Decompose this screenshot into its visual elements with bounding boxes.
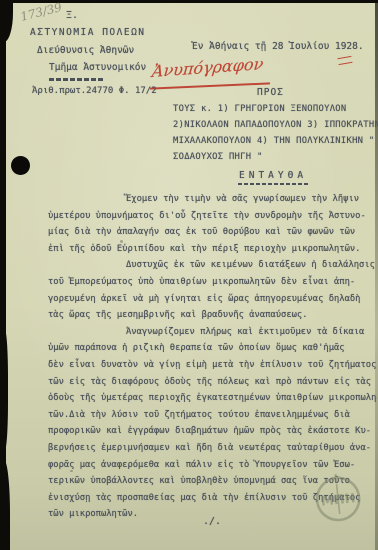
recipient-line: 2)ΝΙΚΟΛΑΟΝ ΠΑΠΑΔΟΠΟΥΛΟΝ 3) ΙΠΠΟΚΡΑΤΗΝ xyxy=(173,120,378,130)
body-line: προφορικῶν καὶ ἐγγράφων διαβημάτων ἡμῶν … xyxy=(48,423,370,440)
paper-speck xyxy=(120,240,123,243)
recipients-heading: ΠΡΟΣ xyxy=(257,87,284,98)
recipient-line: ΣΟΔΑΟΥΧΟΣ ΠΗΓΗ " xyxy=(173,152,263,162)
body-line: δὲν εἶναι δυνατὸν νὰ γίνῃ εἰμὴ μετὰ τὴν … xyxy=(48,357,370,374)
delivery-location: ΕΝΤΑΥΘΑ xyxy=(239,170,307,181)
body-line: τῶν εἰς τὰς διαφόρους ὁδοὺς τῆς πόλεως κ… xyxy=(48,374,370,391)
date-line: Ἐν Ἀθήναις τῇ 28 Ἰουλίου 1928. xyxy=(192,41,364,52)
paper-speck xyxy=(300,330,302,332)
department-underline xyxy=(49,78,105,81)
watermark-monogram: ΜΠΗ xyxy=(320,491,356,510)
paper-speck xyxy=(70,470,73,472)
recipient-line: ΤΟΥΣ κ. 1) ΓΡΗΓΟΡΙΟΝ ΞΕΝΟΠΟΥΛΟΝ xyxy=(173,104,346,114)
agency-division: Διεύθυνσις Ἀθηνῶν xyxy=(37,45,134,56)
body-line: γορευμένη ἀρκεῖ νὰ μὴ γίνηται εἰς ὥρας ἀ… xyxy=(48,291,370,308)
body-line: βερνήσεις ἐμεριμνήσαμεν καὶ ἤδη διὰ νεωτ… xyxy=(48,440,370,457)
archive-stamp-watermark: ΜΠΗ xyxy=(309,469,366,526)
body-line: ἐπὶ τῆς ὁδοῦ Εὐριπίδου καὶ τὴν πέριξ περ… xyxy=(48,241,370,258)
body-line: τοῦ Ἐμπορεύματος ὑπὸ ὑπαιθρίων μικροπωλη… xyxy=(48,274,370,291)
agency-name: ΑΣΤΥΝΟΜΙΑ ΠΟΛΕΩΝ xyxy=(30,27,146,38)
body-line: τῶν.Διὰ τὴν λύσιν τοῦ ζητήματος τούτου ἐ… xyxy=(48,407,370,424)
agency-department: Τμῆμα Ἀστυνομικόν xyxy=(49,62,146,73)
body-line: τὰς ὥρας τῆς μεσημβρινῆς καὶ βραδυνῆς ἀν… xyxy=(48,307,370,324)
body-line: Ἀναγνωρίζομεν πλήρως καὶ ἐκτιμοῦμεν τὰ δ… xyxy=(48,324,370,341)
hole-punch xyxy=(11,156,30,175)
body-line: φορᾶς μας ἀναφερόμεθα καὶ πάλιν εἰς τὸ Ὑ… xyxy=(48,457,370,474)
body-line: ὑμετέρου ὑπομνήματος δι'οὗ ζητεῖτε τὴν σ… xyxy=(48,208,370,225)
body-line: Ἔχομεν τὴν τιμὴν νὰ σᾶς γνωρίσωμεν τὴν λ… xyxy=(48,191,370,208)
body-line: Δυστυχῶς ἐκ τῶν κειμένων διατάξεων ἡ δια… xyxy=(48,257,370,274)
body-line: ὁδοὺς τῆς ὑμετέρας περιοχῆς ἐγκατεστημέν… xyxy=(48,390,370,407)
scan-edge-artifact xyxy=(0,330,8,450)
body-line: ὑμῶν παράπονα ἡ ριζικὴ θεραπεία τῶν ὁποί… xyxy=(48,340,370,357)
protocol-number-line: Ἀριθ.πρωτ.24770 Φ. 17/2 xyxy=(32,86,157,96)
continuation-mark: ./. xyxy=(203,516,221,527)
recipient-line: ΜΙΧΑΛΑΚΟΠΟΥΛΟΝ 4) ΤΗΝ ΠΟΛΥΚΛΙΝΙΚΗΝ " Η xyxy=(173,136,378,146)
file-mark: Ξ. xyxy=(66,10,78,21)
scanned-document-page: { "colors": { "paper": "#d6d7b5", "ink":… xyxy=(0,0,378,550)
delivery-location-underline xyxy=(238,183,308,185)
body-line: μίας διὰ τὴν ἀπαλαγήν σας ἐκ τοῦ θορύβου… xyxy=(48,224,370,241)
